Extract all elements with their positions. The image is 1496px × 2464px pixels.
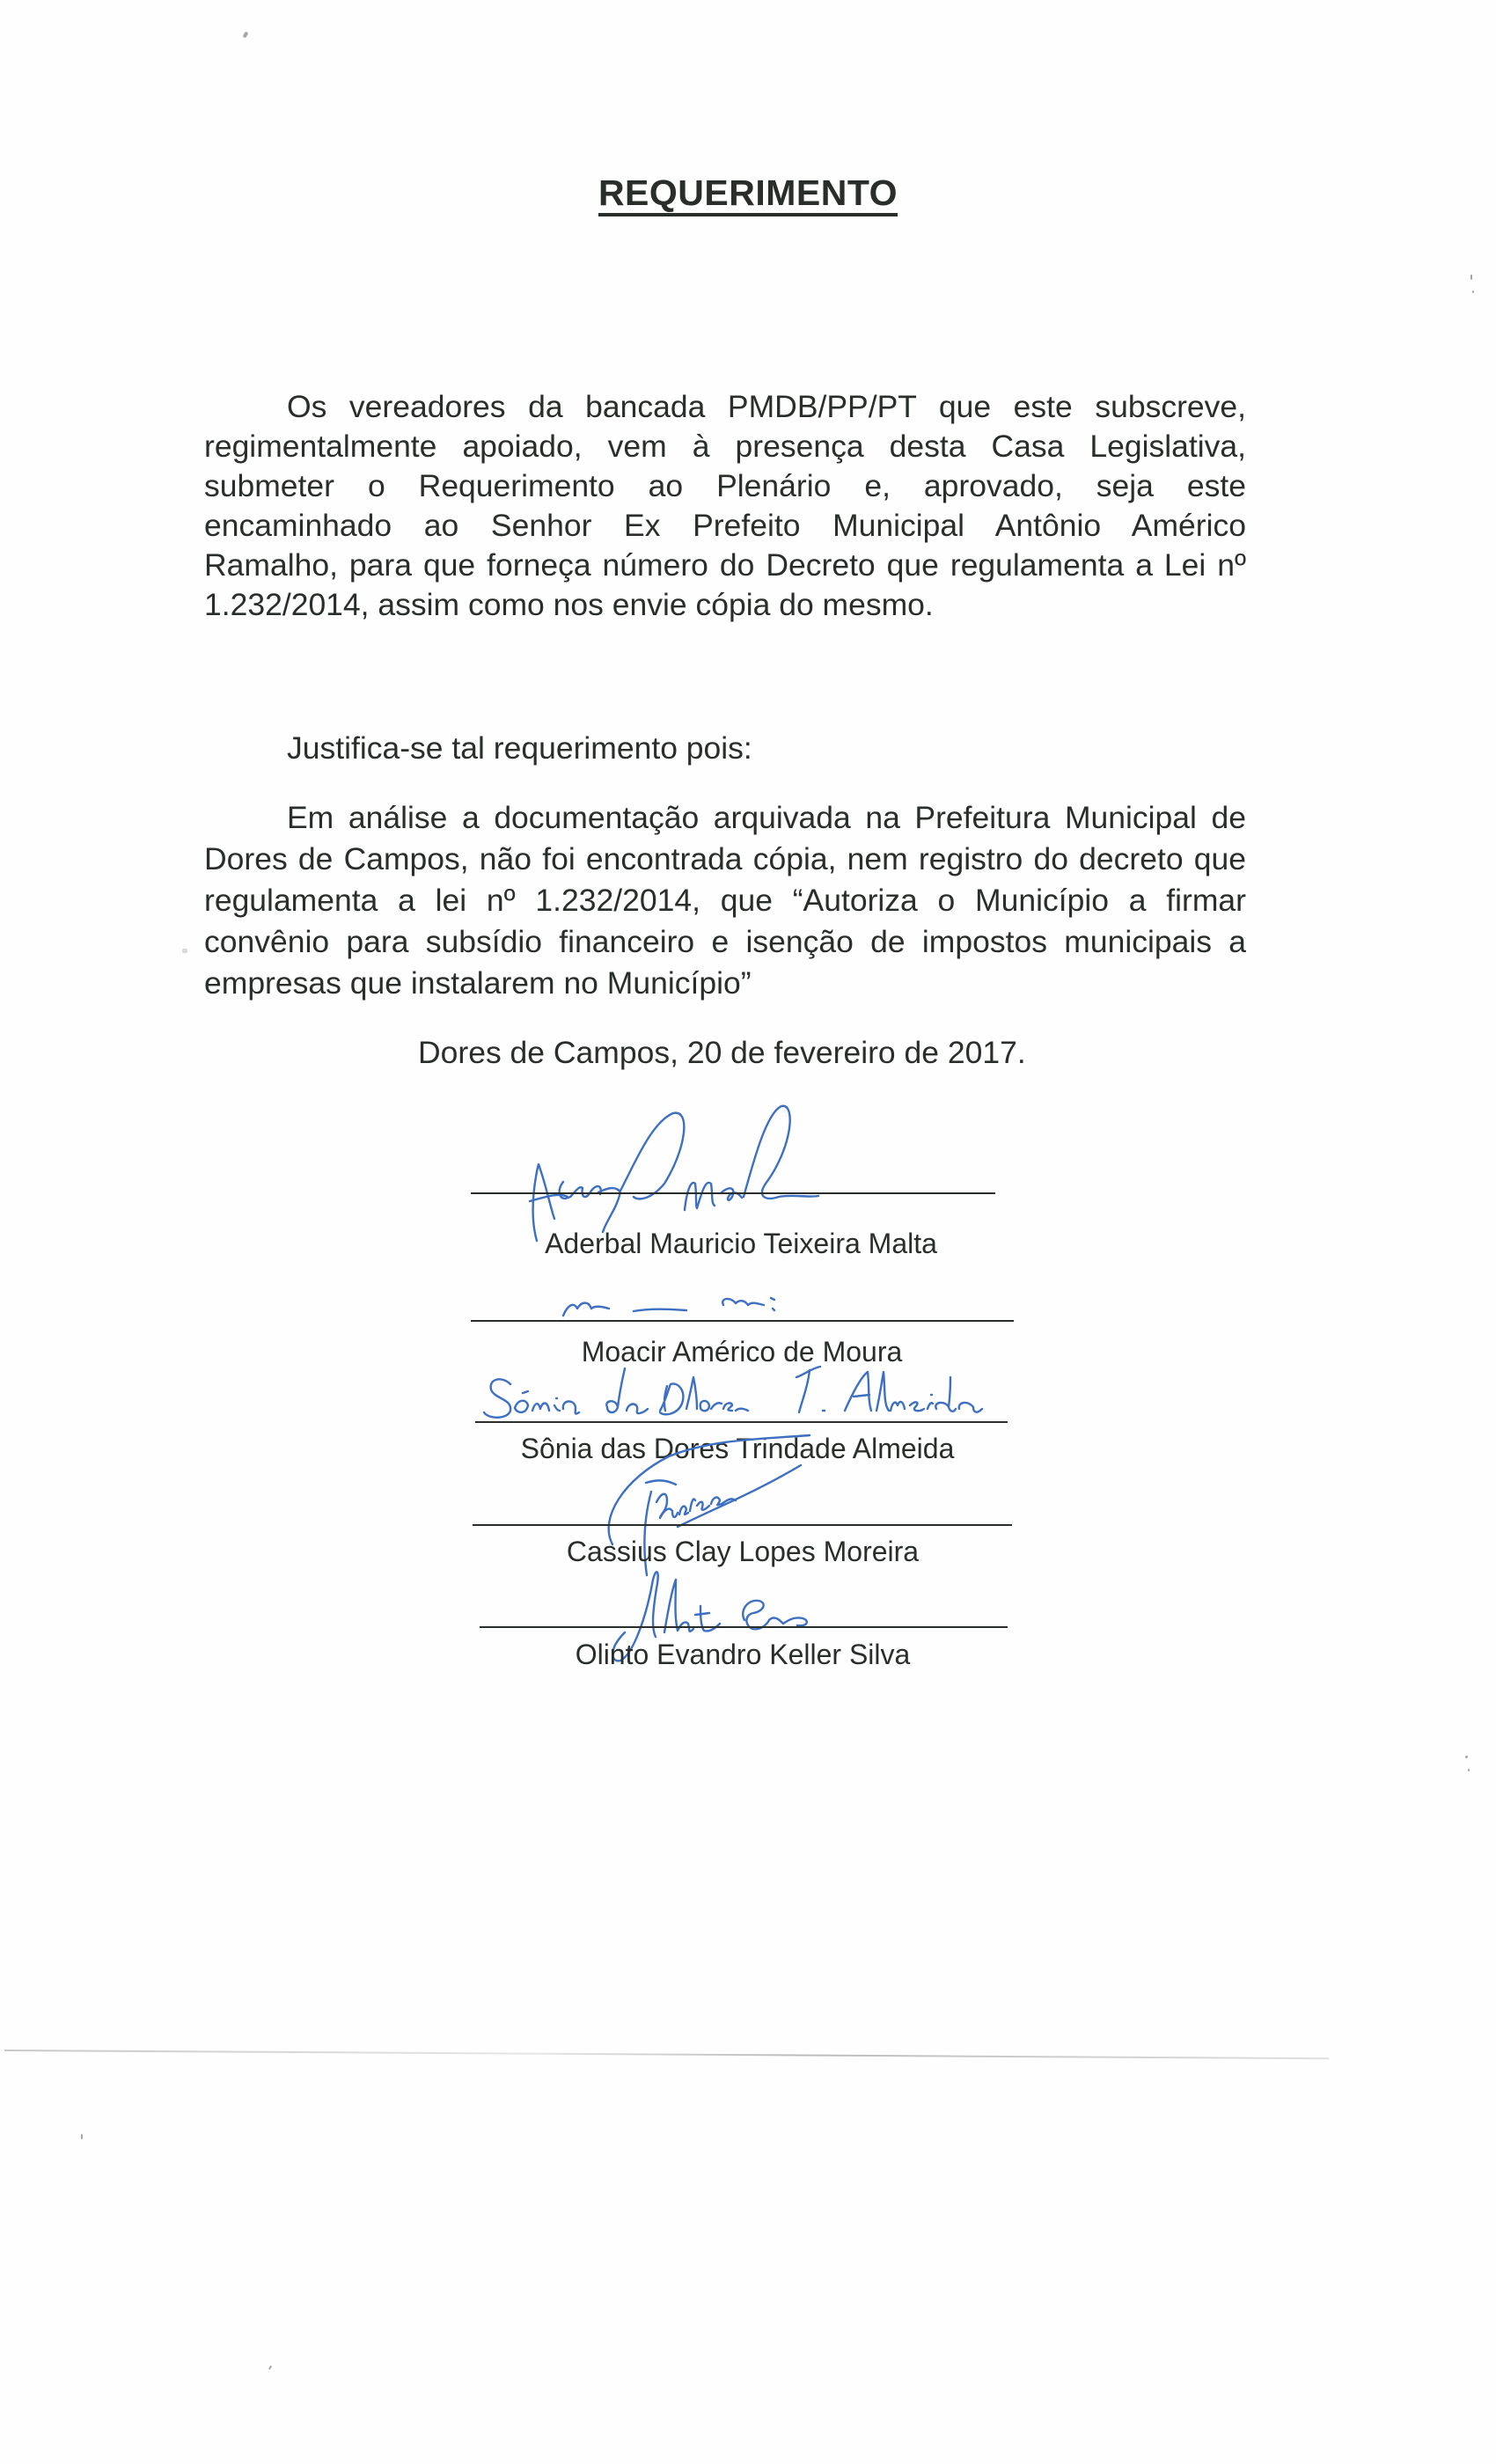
signature-line bbox=[480, 1626, 1008, 1628]
signatory-name: Olinto Evandro Keller Silva bbox=[576, 1639, 911, 1670]
signature-block: Aderbal Mauricio Teixeira Malta Moacir A… bbox=[0, 0, 1496, 2464]
handwritten-signature bbox=[475, 1360, 1021, 1430]
signature-line bbox=[475, 1421, 1008, 1423]
scanned-page: REQUERIMENTO Os vereadores da bancada PM… bbox=[0, 0, 1496, 2464]
signature-line bbox=[473, 1524, 1012, 1526]
signature-line bbox=[471, 1320, 1014, 1322]
handwritten-signature bbox=[563, 1289, 915, 1324]
signature-line bbox=[471, 1192, 995, 1194]
signatory-name: Aderbal Mauricio Teixeira Malta bbox=[545, 1228, 937, 1259]
